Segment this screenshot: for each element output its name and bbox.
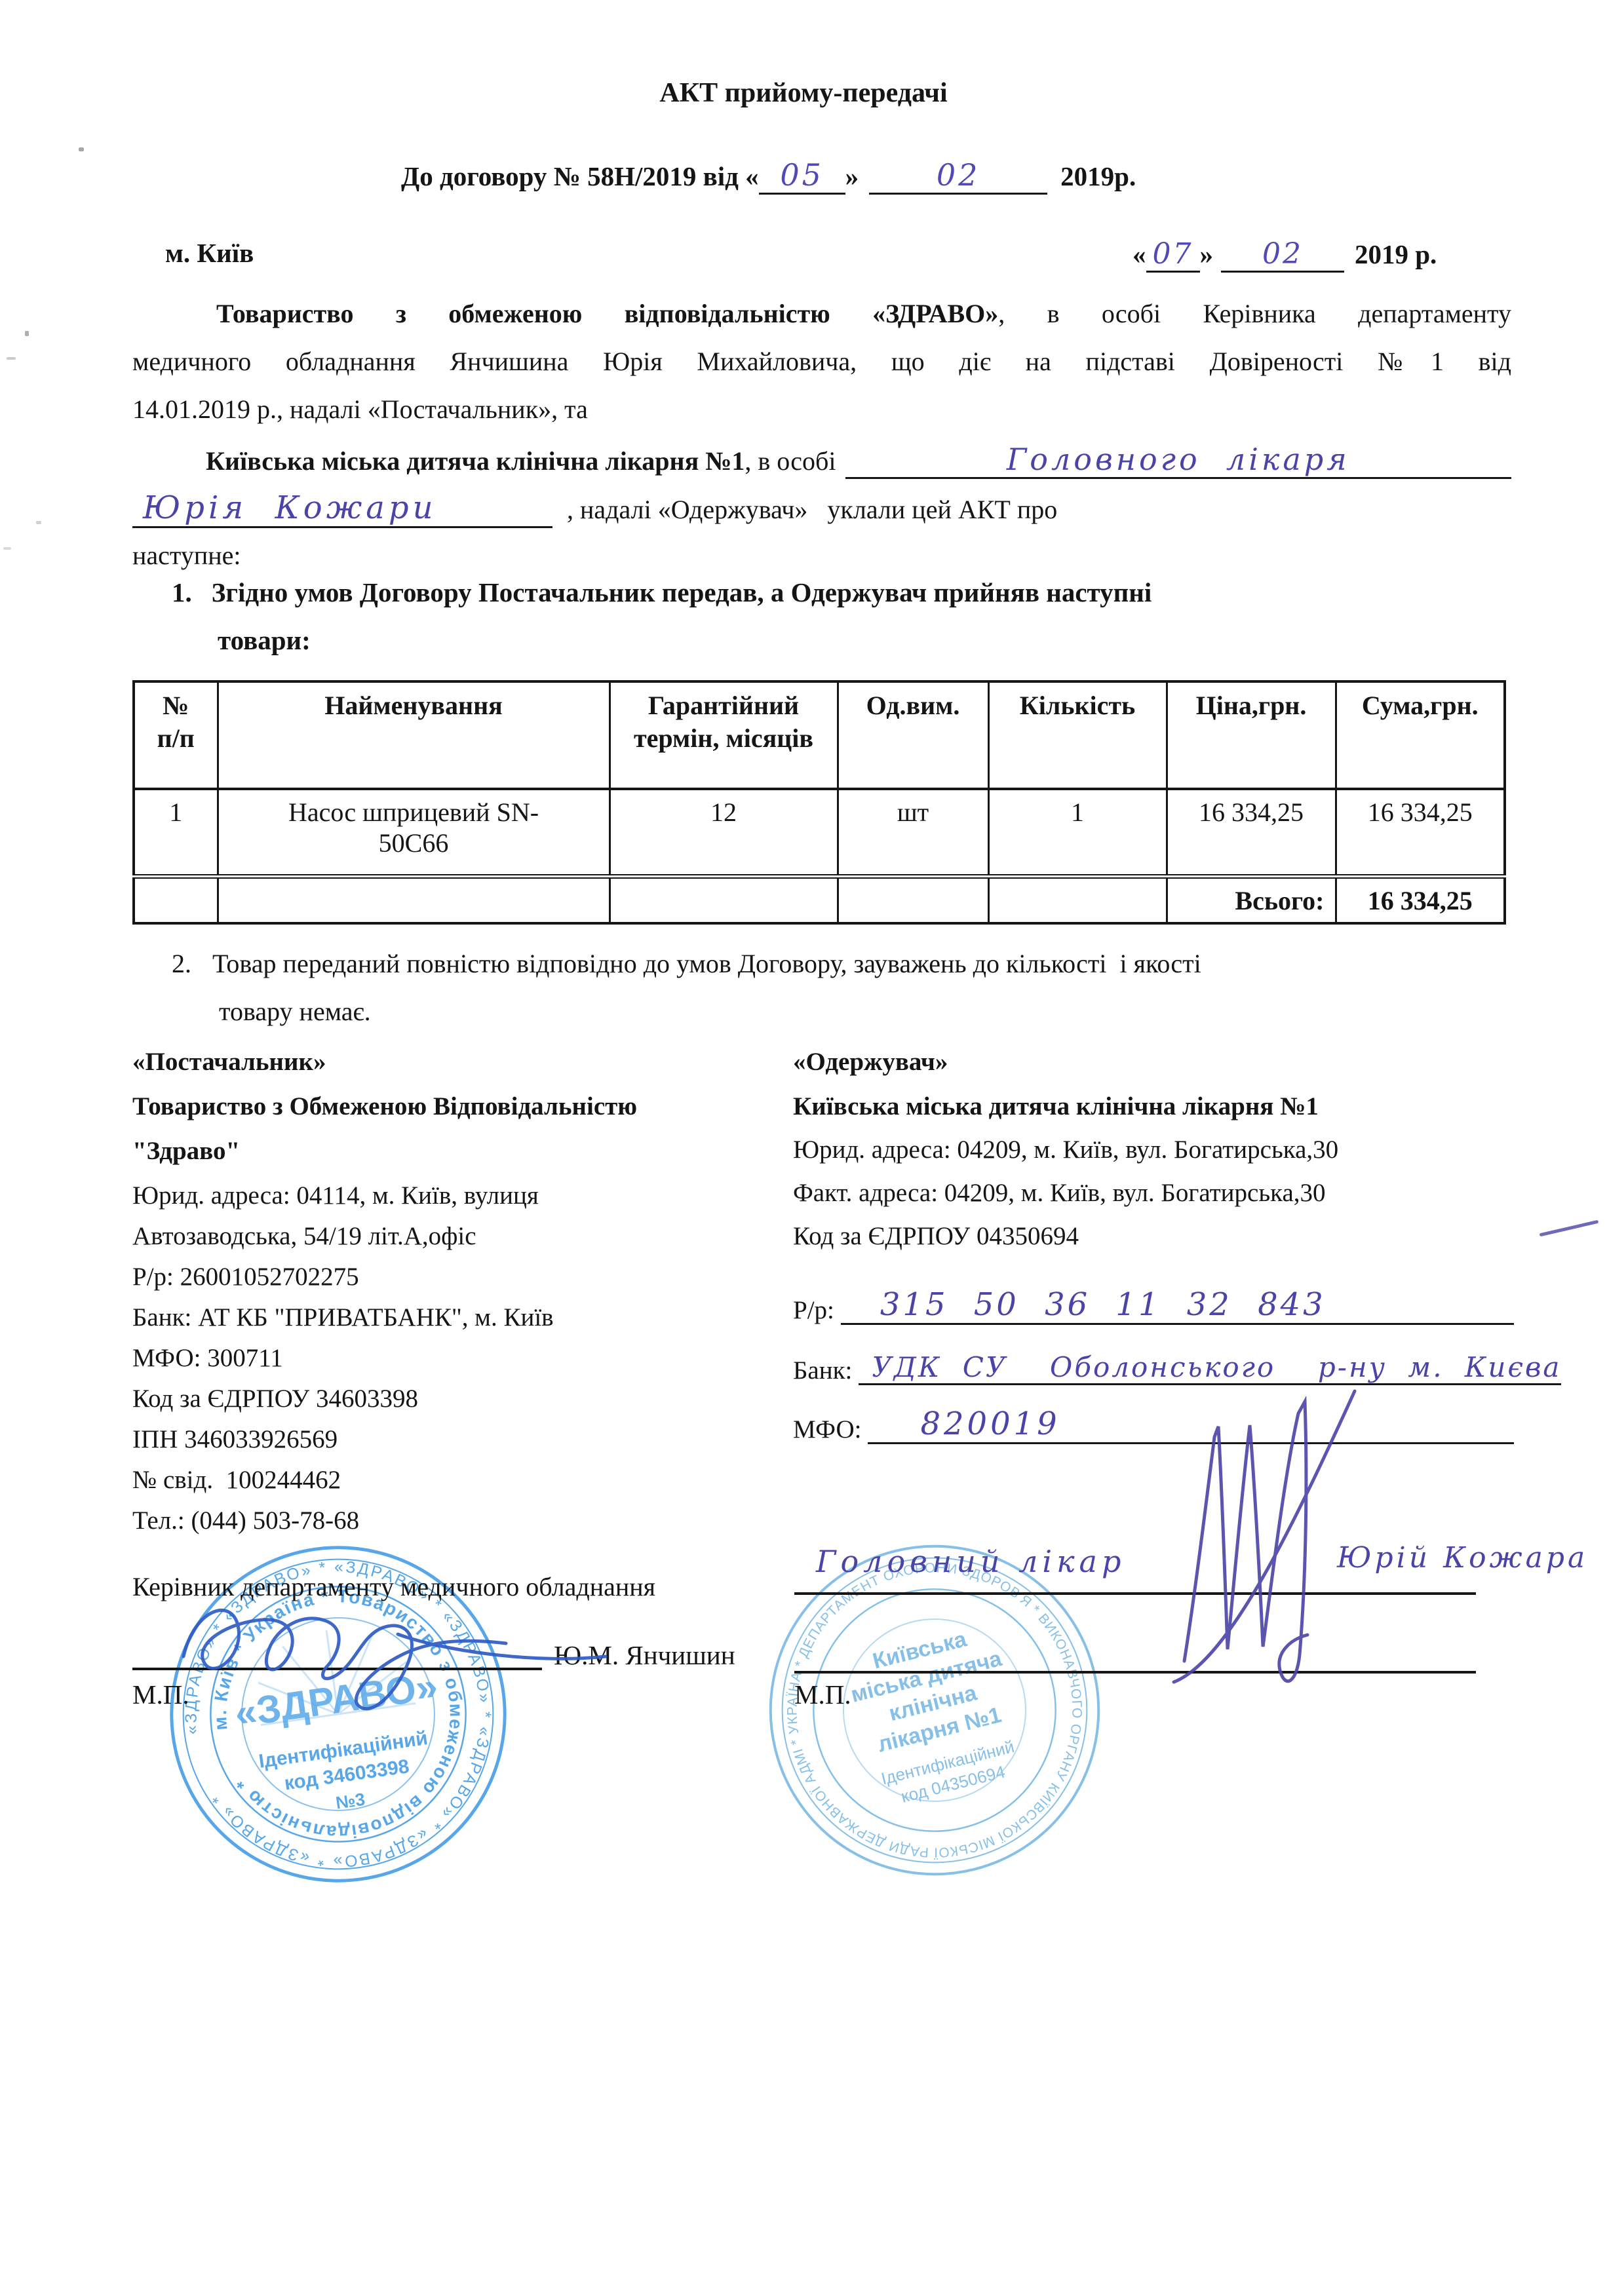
stamp-number: №3 bbox=[334, 1789, 366, 1813]
stray-pen-mark bbox=[1539, 1220, 1599, 1237]
contract-close-quote: » bbox=[845, 161, 859, 191]
receiver-role-handwritten: Головного лікаря bbox=[845, 442, 1511, 479]
date-month-blank: 02 bbox=[1221, 237, 1344, 273]
total-value: 16 334,25 bbox=[1336, 877, 1505, 924]
supplier-name-line1: Товариство з Обмеженою Відповідальністю bbox=[132, 1092, 794, 1136]
document-title: АКТ прийому-передачі bbox=[0, 77, 1607, 109]
scan-speck bbox=[7, 357, 16, 360]
total-empty-3 bbox=[610, 877, 838, 924]
receiver-name-bold: Київська міська дитяча клінічна лікарня … bbox=[132, 446, 745, 476]
mfo-label: МФО: bbox=[793, 1415, 861, 1444]
item1-text-line1: Згідно умов Договору Постачальник переда… bbox=[212, 577, 1152, 608]
supplier-line: Р/р: 26001052702275 bbox=[132, 1262, 794, 1303]
mfo-handwritten: 820019 bbox=[868, 1406, 1060, 1442]
col-header-qty: Кількість bbox=[988, 681, 1167, 789]
col-header-unit: Од.вим. bbox=[838, 681, 988, 789]
cell-name: Насос шприцевий SN-50C66 bbox=[218, 789, 610, 877]
receiver-mp-label: М.П. bbox=[794, 1679, 851, 1710]
bank-label: Банк: bbox=[793, 1356, 852, 1385]
receiver-line: Код за ЄДРПОУ 04350694 bbox=[793, 1221, 1514, 1265]
account-handwritten: 315 50 36 11 32 843 bbox=[841, 1286, 1326, 1323]
contract-year: 2019р. bbox=[1060, 161, 1136, 191]
item2-text-line2: товару немає. bbox=[219, 996, 371, 1027]
intro-line5-rest: , надалі «Одержувач» уклали цей АКТ про bbox=[567, 494, 1057, 525]
cell-num: 1 bbox=[134, 789, 218, 877]
date-day-handwritten: 07 bbox=[1153, 237, 1193, 271]
list-item-2: 2. Товар переданий повністю відповідно д… bbox=[172, 948, 1201, 979]
table-row: 1 Насос шприцевий SN-50C66 12 шт 1 16 33… bbox=[134, 789, 1505, 877]
intro-line4-mid: , в особі bbox=[745, 446, 836, 476]
contract-month-handwritten: 02 bbox=[937, 157, 980, 193]
col-header-price: Ціна,грн. bbox=[1167, 681, 1336, 789]
account-label: Р/р: bbox=[793, 1295, 834, 1325]
receiver-bank-row: Банк: УДК СУ Оболонського р-ну м. Києва bbox=[793, 1325, 1514, 1385]
supplier-line: Юрид. адреса: 04114, м. Київ, вулиця bbox=[132, 1181, 794, 1221]
intro-line-5: Юрія Кожари , надалі «Одержувач» уклали … bbox=[132, 489, 1511, 528]
table-header-row: № п/п Найменування Гарантійний термін, м… bbox=[134, 681, 1505, 789]
supplier-line: ІПН 346033926569 bbox=[132, 1425, 794, 1465]
scan-speck bbox=[36, 521, 41, 524]
receiver-person-handwritten: Юрія Кожари bbox=[132, 489, 552, 528]
supplier-line: Код за ЄДРПОУ 34603398 bbox=[132, 1384, 794, 1425]
total-empty-5 bbox=[988, 877, 1167, 924]
intro-line-3: 14.01.2019 р., надалі «Постачальник», та bbox=[132, 394, 1511, 425]
city-label: м. Київ bbox=[165, 237, 254, 269]
cell-warranty: 12 bbox=[610, 789, 838, 877]
supplier-name-line2: "Здраво" bbox=[132, 1136, 794, 1181]
receiver-signature-ink bbox=[1150, 1379, 1432, 1694]
contract-day-blank: 05 bbox=[759, 157, 845, 195]
col-header-name: Найменування bbox=[218, 681, 610, 789]
goods-table: № п/п Найменування Гарантійний термін, м… bbox=[132, 680, 1506, 925]
item1-number: 1. bbox=[172, 577, 192, 608]
supplier-signature-ink bbox=[165, 1571, 624, 1709]
receiver-line: Факт. адреса: 04209, м. Київ, вул. Богат… bbox=[793, 1178, 1514, 1221]
supplier-line: Банк: АТ КБ "ПРИВАТБАНК", м. Київ bbox=[132, 1303, 794, 1343]
total-empty-2 bbox=[218, 877, 610, 924]
contract-day-handwritten: 05 bbox=[780, 157, 824, 193]
receiver-name: Київська міська дитяча клінічна лікарня … bbox=[793, 1092, 1514, 1135]
supplier-line: МФО: 300711 bbox=[132, 1343, 794, 1384]
total-label: Всього: bbox=[1167, 877, 1336, 924]
scanned-act-document: «ЗДРАВО» * «ЗДРАВО» * «ЗДРАВО» * «ЗДРАВО… bbox=[0, 0, 1607, 2296]
supplier-line: Автозаводська, 54/19 літ.А,офіс bbox=[132, 1221, 794, 1262]
scan-speck bbox=[79, 147, 84, 151]
item1-text-line2: товари: bbox=[218, 624, 311, 656]
table-total-row: Всього: 16 334,25 bbox=[134, 877, 1505, 924]
receiver-line: Юрид. адреса: 04209, м. Київ, вул. Богат… bbox=[793, 1135, 1514, 1178]
cell-unit: шт bbox=[838, 789, 988, 877]
col-header-num: № п/п bbox=[134, 681, 218, 789]
scan-speck bbox=[3, 547, 11, 550]
contract-prefix: До договору № 58Н/2019 від « bbox=[401, 161, 759, 191]
cell-price: 16 334,25 bbox=[1167, 789, 1336, 877]
date-month-handwritten: 02 bbox=[1262, 237, 1303, 271]
receiver-title: «Одержувач» bbox=[793, 1047, 1514, 1092]
col-header-warranty: Гарантійний термін, місяців bbox=[610, 681, 838, 789]
intro-line-2: медичного обладнання Янчишина Юрія Михай… bbox=[132, 346, 1511, 377]
receiver-account-row: Р/р: 315 50 36 11 32 843 bbox=[793, 1265, 1514, 1325]
contract-line: До договору № 58Н/2019 від «05»022019р. bbox=[401, 157, 1136, 195]
intro-line-1: Товариство з обмеженою відповідальністю … bbox=[132, 298, 1511, 329]
item2-number: 2. bbox=[172, 948, 191, 979]
cell-qty: 1 bbox=[988, 789, 1167, 877]
contract-month-blank: 02 bbox=[869, 157, 1047, 195]
supplier-line: № свід. 100244462 bbox=[132, 1465, 794, 1506]
date-day-blank: 07 bbox=[1146, 237, 1200, 273]
intro-line1-rest: , в особі Керівника департаменту bbox=[998, 299, 1511, 328]
cell-sum: 16 334,25 bbox=[1336, 789, 1505, 877]
intro-line-6: наступне: bbox=[132, 540, 241, 571]
total-empty-1 bbox=[134, 877, 218, 924]
list-item-1: 1. Згідно умов Договору Постачальник пер… bbox=[172, 577, 1152, 608]
date-open-quote: « bbox=[1133, 239, 1146, 269]
item2-text-line1: Товар переданий повністю відповідно до у… bbox=[212, 948, 1201, 979]
date-close-quote: » bbox=[1200, 239, 1214, 269]
scan-speck bbox=[25, 331, 29, 336]
account-blank: 315 50 36 11 32 843 bbox=[841, 1286, 1514, 1325]
intro-line-4: Київська міська дитяча клінічна лікарня … bbox=[132, 442, 1511, 479]
date-year: 2019 р. bbox=[1355, 239, 1437, 269]
total-empty-4 bbox=[838, 877, 988, 924]
date-line: «07»022019 р. bbox=[1133, 237, 1437, 273]
col-header-sum: Сума,грн. bbox=[1336, 681, 1505, 789]
supplier-title: «Постачальник» bbox=[132, 1047, 794, 1092]
supplier-name-bold: Товариство з обмеженою відповідальністю … bbox=[216, 299, 998, 328]
receiver-signer-role-handwritten: Головний лікар bbox=[816, 1544, 1125, 1579]
bank-handwritten: УДК СУ Оболонського р-ну м. Києва bbox=[859, 1351, 1561, 1383]
supplier-line: Тел.: (044) 503-78-68 bbox=[132, 1506, 794, 1546]
supplier-details-block: «Постачальник» Товариство з Обмеженою Ві… bbox=[132, 1047, 794, 1546]
